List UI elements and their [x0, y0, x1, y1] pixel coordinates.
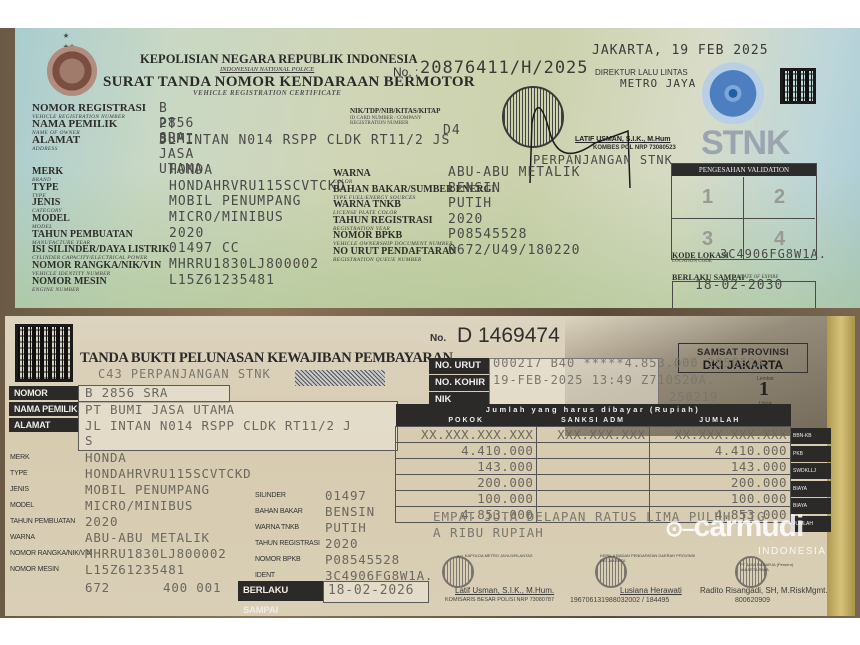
police-crest-icon: [47, 46, 97, 96]
amount-sanksi: [537, 475, 649, 491]
receipt-field-nomor-bpkb: NOMOR BPKBP08545528: [255, 552, 320, 568]
sheet-number: 1: [759, 378, 769, 401]
signer-rank: KOMBES POL NRP 73080523: [593, 145, 676, 151]
receipt-field-tahun-pembuatan: TAHUN PEMBUATAN2020: [10, 514, 92, 530]
amount-row-code: SWDKLLJ: [791, 463, 831, 479]
amount-row: 143.000143.000: [396, 459, 791, 475]
amount-pokok: 100.000: [396, 491, 537, 507]
amount-row: 200.000200.000: [396, 475, 791, 491]
receipt-field-bahan-bakar: BAHAN BAKARBENSIN: [255, 504, 320, 520]
signatory-1-name: Latif Usman, S.I.K., M.Hum.: [455, 586, 554, 595]
amount-sanksi: [537, 459, 649, 475]
receipt-expiry-label: BERLAKU SAMPAI: [238, 581, 323, 601]
field-model: MODELMODELMICRO/MINIBUS: [32, 213, 170, 229]
number-label: No. :: [393, 65, 418, 79]
document-title-en: VEHICLE REGISTRATION CERTIFICATE: [193, 89, 341, 97]
field-nomor-mesin: NOMOR MESINENGINE NUMBERL15Z61235481: [32, 276, 170, 292]
receipt-field-nomor-rangka-nik-vin: NOMOR RANGKA/NIK/VINMHRRU1830LJ800002: [10, 546, 92, 562]
field-tahun-pembuatan: TAHUN PEMBUATANMANUFACTURE YEAR2020: [32, 229, 170, 245]
hologram-strip: [827, 316, 855, 616]
vehicle-fields-left: MERKBRANDHONDATYPETYPEHONDAHRVRU115SCVTC…: [32, 166, 170, 292]
police-seal-icon: [442, 556, 474, 588]
car-icon: ⊙‒: [665, 516, 694, 541]
field-no-kohir-label: NO. KOHIR: [429, 375, 489, 391]
field-nomor-rangka-nik-vin: NOMOR RANGKA/NIK/VINVEHICLE IDENTITY NUM…: [32, 260, 170, 276]
plate-number-label: NOMOR POLISI: [9, 386, 78, 400]
stnk-logo: STNK: [701, 124, 790, 163]
field-isi-silinder-daya-listrik: ISI SILINDER/DAYA LISTRIKCYLINDER CAPACI…: [32, 244, 170, 260]
amount-row: 4.410.0004.410.000: [396, 443, 791, 459]
carmudi-region: INDONESIA: [758, 546, 827, 557]
barcode-icon: [295, 370, 385, 386]
receipt-number-label: No.: [430, 333, 446, 344]
signatory-3-id: 800620909: [735, 597, 770, 604]
validation-cell-1: 1: [672, 177, 744, 219]
signatory-2-title: KEPALA BADAN PENDAPATAN DAERAH PROVINSI …: [600, 553, 700, 563]
receipt-field-tahun-registrasi: TAHUN REGISTRASI2020: [255, 536, 320, 552]
signatory-3-name: Radito Risangadi, SH, M.RiskMgmt.: [700, 586, 828, 595]
col-pokok: POKOK: [396, 415, 537, 427]
signatory-1-id: KOMISARIS BESAR POLISI NRP 73080787: [445, 597, 554, 603]
owner-fields: NOMOR REGISTRASI VEHICLE REGISTRATION NU…: [32, 103, 146, 151]
field-no-urut-label: NO. URUT: [429, 358, 489, 374]
signatory-2-id: 196706131988032002 / 184495: [570, 597, 669, 604]
field-address: ALAMAT ADDRESS JL INTAN N014 RSPP CLDK R…: [32, 135, 146, 151]
amount-pokok: 4.410.000: [396, 443, 537, 459]
col-sanksi-adm: SANKSI ADM: [537, 415, 649, 427]
stnk-hologram-emblem-icon: [698, 56, 768, 124]
receipt-field-warna-tnkb: WARNA TNKBPUTIH: [255, 520, 320, 536]
field-no-kohir-value: 19-FEB-2025 13:49 Z710S20A.: [493, 373, 715, 387]
receipt-field-nomor-mesin: NOMOR MESINL15Z61235481: [10, 562, 92, 578]
amount-header: Jumlah yang harus dibayar (Rupiah): [396, 404, 791, 415]
field-merk: MERKBRANDHONDA: [32, 166, 170, 182]
validation-cell-2: 2: [744, 177, 815, 219]
signatory-3-title: PT JASA RAHARJA (Persero) JAKARTA RAYA: [740, 562, 810, 572]
amount-jumlah: 4.410.000: [649, 443, 790, 459]
address-value-cont: S: [85, 433, 93, 448]
amount-jumlah: XX.XXX.XXX.XXX: [649, 427, 790, 443]
extra-code-1: 672: [85, 580, 110, 595]
certificate-number: 20876411/H/2025: [420, 58, 589, 78]
col-jumlah: JUMLAH: [649, 415, 790, 427]
receipt-field-warna: WARNAABU-ABU METALIK: [10, 530, 92, 546]
amount-pokok: XX.XXX.XXX.XXX: [396, 427, 537, 443]
field-owner-name: NAMA PEMILIK NAME OF OWNER PT BUMI JASA …: [32, 119, 146, 135]
plate-number-value: B 2856 SRA: [85, 385, 168, 400]
amount-sanksi: XXX.XXX.XXX: [537, 427, 649, 443]
amount-table: Jumlah yang harus dibayar (Rupiah) POKOK…: [395, 404, 791, 523]
carmudi-watermark: ⊙‒carmudi: [665, 510, 803, 544]
amount-pokok: 200.000: [396, 475, 537, 491]
receipt-vehicle-right: SILINDER01497BAHAN BAKARBENSINWARNA TNKB…: [255, 488, 320, 584]
receipt-field-model: MODELMICRO/MINIBUS: [10, 498, 92, 514]
field-type: TYPETYPEHONDAHRVRU115SCVTCKD: [32, 182, 170, 198]
amount-row: XX.XXX.XXX.XXXXXX.XXX.XXXXX.XXX.XXX.XXX: [396, 427, 791, 443]
field-no-urut-value: 000217 B40 *****4.853.000 2856SRA: [493, 356, 764, 370]
field-nik-value: 250219: [669, 390, 718, 404]
amount-row-code: PKB: [791, 446, 831, 462]
nik-sublabel: ID CARD NUMBER / COMPANY REGISTRATION NU…: [350, 116, 440, 126]
amount-row-code: BBN-KB: [791, 428, 831, 444]
field-no-urut-pendaftaran: NO URUT PENDAFTARANREGISTRATION QUEUE NU…: [333, 246, 495, 262]
amount-jumlah: 100.000: [649, 491, 790, 507]
receipt-number: D 1469474: [457, 324, 560, 348]
receipt-field-merk: MERKHONDA: [10, 450, 92, 466]
payment-receipt: TANDA BUKTI PELUNASAN KEWAJIBAN PEMBAYAR…: [5, 316, 855, 616]
address-label: ALAMAT: [9, 418, 78, 432]
receipt-field-type: TYPEHONDAHRVRU115SCVTCKD: [10, 466, 92, 482]
extra-code-2: 400 001: [163, 580, 221, 595]
amount-pokok: 143.000: [396, 459, 537, 475]
amount-row-code: BIAYA ADM.STNK: [791, 481, 831, 497]
owner-name-label: NAMA PEMILIK: [9, 402, 78, 416]
receipt-expiry-value: 18-02-2026: [328, 583, 414, 598]
receipt-field-silinder: SILINDER01497: [255, 488, 320, 504]
amount-jumlah: 143.000: [649, 459, 790, 475]
signer-name: LATIF USMAN, S.I.K., M.Hum: [575, 136, 671, 143]
field-jenis: JENISCATEGORYMOBIL PENUMPANG: [32, 197, 170, 213]
institution-name: KEPOLISIAN NEGARA REPUBLIK INDONESIA: [140, 52, 417, 67]
validation-title: PENGESAHAN VALIDATION: [672, 164, 816, 176]
receipt-subtitle: C43 PERPANJANGAN STNK: [98, 367, 271, 381]
receipt-field-jenis: JENISMOBIL PENUMPANG: [10, 482, 92, 498]
vehicle-fields-right: WARNACOLORABU-ABU METALIKBAHAN BAKAR/SUM…: [333, 168, 495, 261]
amount-sanksi: [537, 491, 649, 507]
qr-code-icon: [780, 68, 816, 104]
validation-box: PENGESAHAN VALIDATION 1 2 3 4: [671, 163, 817, 260]
jasa-raharja-seal-icon: [735, 556, 767, 588]
amount-jumlah: 200.000: [649, 475, 790, 491]
stnk-certificate: ★★★ KEPOLISIAN NEGARA REPUBLIK INDONESIA…: [15, 28, 860, 308]
location-code-value: 3C4906FG8W1A.: [720, 247, 827, 261]
nik-label: NIK/TDP/NIB/KITAS/KITAP: [350, 107, 440, 115]
expiry-value: 18-02-2030: [695, 278, 783, 293]
amount-sanksi: [537, 443, 649, 459]
owner-name-value: PT BUMI JASA UTAMA: [85, 402, 235, 417]
signatory-2-name: Lusiana Herawati: [620, 586, 682, 595]
receipt-vehicle-left: MERKHONDATYPEHONDAHRVRU115SCVTCKDJENISMO…: [10, 450, 92, 578]
director-title: DIREKTUR LALU LINTAS: [595, 68, 688, 77]
location-code-sublabel: LOCATION CODE: [672, 259, 712, 264]
signatory-1-title: a.n. KAPOLDA METRO JAYA DIRLANTAS: [457, 553, 537, 558]
qr-code-icon: [15, 324, 73, 382]
amount-row: 100.000100.000: [396, 491, 791, 507]
field-registration-number: NOMOR REGISTRASI VEHICLE REGISTRATION NU…: [32, 103, 146, 119]
amount-in-words-line2: A RIBU RUPIAH: [433, 525, 544, 540]
address-value: JL INTAN N014 RSPP CLDK RT11/2 J: [85, 418, 351, 433]
receipt-title: TANDA BUKTI PELUNASAN KEWAJIBAN PEMBAYAR…: [80, 350, 453, 367]
institution-name-en: INDONESIAN NATIONAL POLICE: [220, 66, 314, 73]
